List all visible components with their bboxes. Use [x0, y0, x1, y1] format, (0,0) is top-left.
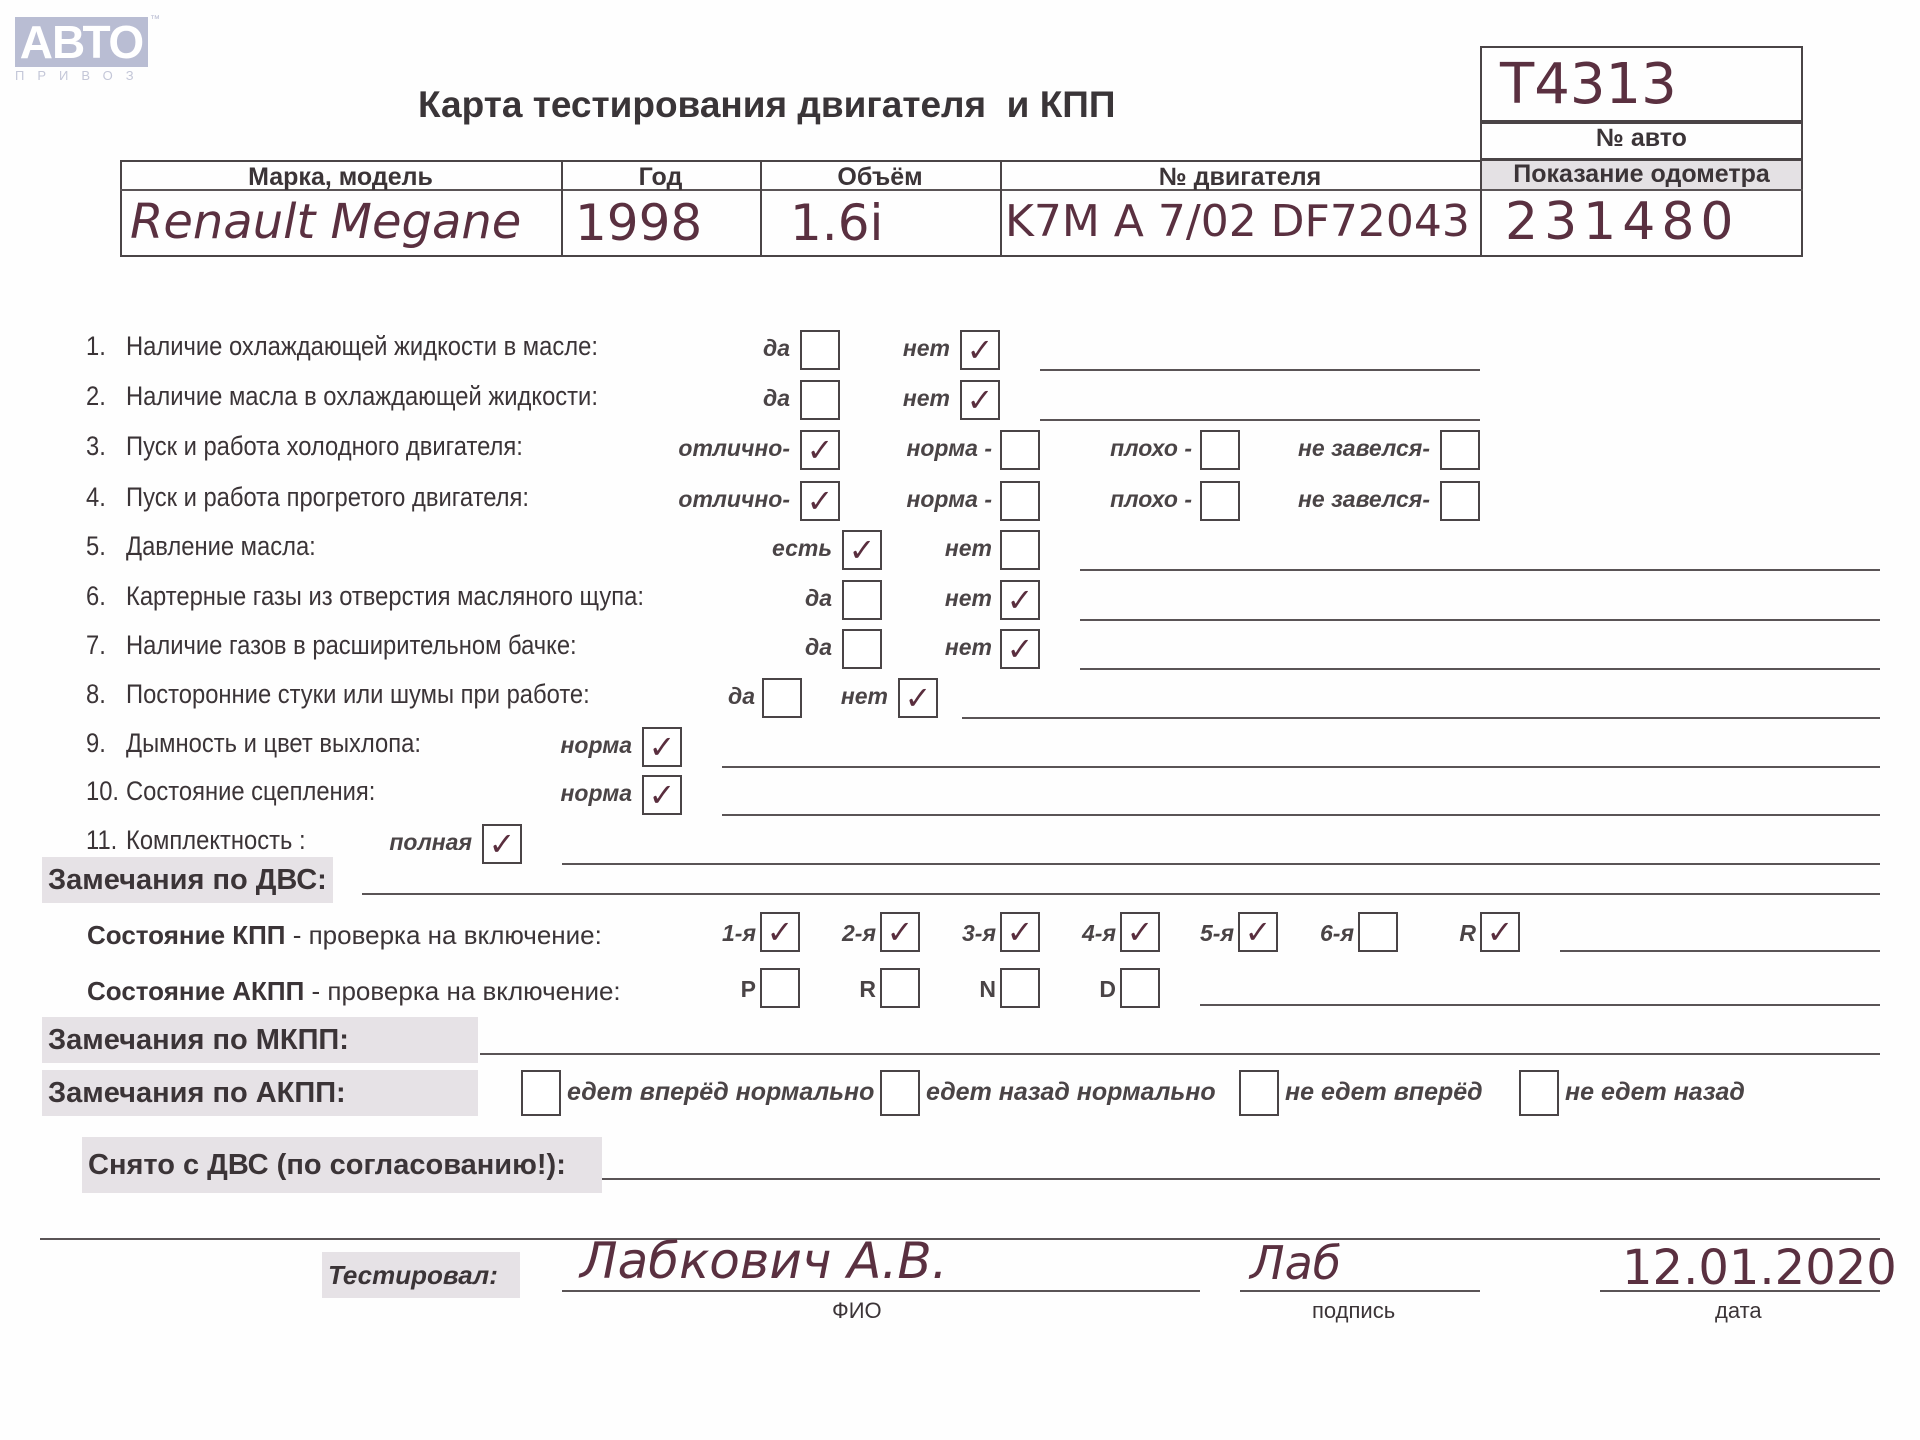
auto-gear-box[interactable]	[1120, 968, 1160, 1008]
auto-gearbox-label-bold: Состояние АКПП	[87, 976, 304, 1006]
check-item-number: 4.	[86, 482, 106, 513]
logo-subtitle: ПРИВОЗ	[15, 68, 150, 83]
header-year: Год	[561, 163, 760, 192]
check-option-label: норма -	[906, 435, 992, 462]
check-item-number: 7.	[86, 630, 106, 661]
check-mark-icon: ✓	[1127, 913, 1154, 951]
remarks-engine-label: Замечания по ДВС:	[42, 857, 333, 903]
auto-remark-box[interactable]	[521, 1070, 561, 1116]
remarks-auto-label: Замечания по АКПП:	[42, 1070, 478, 1116]
check-item-label: Наличие масла в охлаждающей жидкости:	[126, 381, 598, 412]
check-item-number: 6.	[86, 581, 106, 612]
check-item-number: 10.	[86, 776, 119, 807]
check-option-box[interactable]	[762, 678, 802, 718]
test-date[interactable]: 12.01.2020	[1622, 1240, 1897, 1296]
check-option-box[interactable]: ✓	[800, 481, 840, 521]
check-option-label: нет	[903, 335, 950, 362]
check-option-label: нет	[945, 585, 992, 612]
manual-gearbox-line[interactable]	[1560, 950, 1880, 952]
car-number-label: № авто	[1480, 124, 1803, 153]
check-option-label: не завелся-	[1298, 435, 1430, 462]
check-option-label: да	[728, 683, 755, 710]
manual-gear-box[interactable]: ✓	[1000, 912, 1040, 952]
remarks-manual-line[interactable]	[480, 1053, 1880, 1055]
date-caption: дата	[1715, 1298, 1762, 1324]
tested-by-label: Тестировал:	[322, 1252, 520, 1298]
auto-gear-label: D	[1099, 976, 1116, 1003]
auto-remark-label: не едет назад	[1565, 1078, 1745, 1107]
check-option-label: есть	[772, 535, 832, 562]
manual-gear-box[interactable]: ✓	[1238, 912, 1278, 952]
removed-line[interactable]	[602, 1178, 1880, 1180]
manual-gear-label: 1-я	[722, 920, 756, 947]
signature-caption: подпись	[1312, 1298, 1395, 1324]
manual-gearbox-label-bold: Состояние КПП	[87, 920, 286, 950]
odometer-value[interactable]: 231480	[1505, 192, 1740, 252]
check-item-label: Пуск и работа прогретого двигателя:	[126, 482, 529, 513]
removed-label: Снято с ДВС (по согласованию!):	[82, 1137, 602, 1193]
check-option-box[interactable]: ✓	[960, 330, 1000, 370]
check-option-label: норма	[561, 780, 633, 807]
check-mark-icon: ✓	[967, 331, 994, 369]
check-item-label: Состояние сцепления:	[126, 776, 375, 807]
check-mark-icon: ✓	[767, 913, 794, 951]
auto-remark-box[interactable]	[1519, 1070, 1559, 1116]
signature-line	[1240, 1290, 1480, 1292]
manual-gear-label: 5-я	[1200, 920, 1234, 947]
manual-gear-label: 4-я	[1082, 920, 1116, 947]
check-mark-icon: ✓	[1007, 581, 1034, 619]
check-option-label: отлично-	[678, 435, 790, 462]
manual-gear-label: R	[1459, 920, 1476, 947]
check-option-box[interactable]: ✓	[642, 727, 682, 767]
auto-remark-label: едет вперёд нормально	[567, 1078, 874, 1107]
check-item-number: 2.	[86, 381, 106, 412]
check-option-label: да	[763, 385, 790, 412]
manual-gearbox-label: Состояние КПП - проверка на включение:	[87, 920, 602, 951]
header-odometer: Показание одометра	[1480, 160, 1803, 189]
auto-remark-label: едет назад нормально	[926, 1078, 1216, 1107]
check-notes-line[interactable]	[562, 863, 1880, 865]
year-value[interactable]: 1998	[575, 194, 702, 252]
check-item-number: 8.	[86, 679, 106, 710]
auto-gear-label: P	[741, 976, 756, 1003]
manual-gear-label: 3-я	[962, 920, 996, 947]
logo: АВТО	[15, 17, 148, 67]
check-option-box[interactable]: ✓	[642, 775, 682, 815]
manual-gear-box[interactable]: ✓	[760, 912, 800, 952]
check-notes-line[interactable]	[962, 717, 1880, 719]
logo-trademark: ™	[150, 14, 160, 25]
check-notes-line[interactable]	[1080, 668, 1880, 670]
check-mark-icon: ✓	[649, 776, 676, 814]
check-option-label: да	[805, 634, 832, 661]
manual-gearbox-label-rest: - проверка на включение:	[286, 920, 602, 950]
check-mark-icon: ✓	[1245, 913, 1272, 951]
check-option-label: да	[763, 335, 790, 362]
auto-remark-box[interactable]	[880, 1070, 920, 1116]
auto-gear-box[interactable]	[1000, 968, 1040, 1008]
car-number-value[interactable]: Т4313	[1500, 52, 1677, 117]
check-mark-icon: ✓	[807, 482, 834, 520]
check-option-box[interactable]	[800, 380, 840, 420]
remarks-manual-label: Замечания по МКПП:	[42, 1017, 478, 1063]
check-option-label: норма -	[906, 486, 992, 513]
check-mark-icon: ✓	[1487, 913, 1514, 951]
check-option-label: плохо -	[1110, 435, 1192, 462]
tester-name-caption: ФИО	[832, 1298, 882, 1324]
check-notes-line[interactable]	[722, 766, 1880, 768]
check-item-label: Картерные газы из отверстия масляного щу…	[126, 581, 644, 612]
check-option-box[interactable]: ✓	[842, 530, 882, 570]
auto-remark-box[interactable]	[1239, 1070, 1279, 1116]
auto-gearbox-label-rest: - проверка на включение:	[304, 976, 620, 1006]
check-mark-icon: ✓	[489, 825, 516, 863]
check-option-label: отлично-	[678, 486, 790, 513]
auto-gearbox-line[interactable]	[1200, 1004, 1880, 1006]
check-option-label: нет	[945, 634, 992, 661]
check-item-label: Комплектность :	[126, 825, 306, 856]
check-option-label: плохо -	[1110, 486, 1192, 513]
tester-signature[interactable]: Лаб	[1250, 1236, 1341, 1290]
check-item-label: Наличие газов в расширительном бачке:	[126, 630, 577, 661]
check-mark-icon: ✓	[849, 531, 876, 569]
check-item-label: Пуск и работа холодного двигателя:	[126, 431, 523, 462]
check-option-label: норма	[561, 732, 633, 759]
check-option-box[interactable]	[842, 580, 882, 620]
auto-gearbox-label: Состояние АКПП - проверка на включение:	[87, 976, 621, 1007]
check-option-box[interactable]: ✓	[800, 430, 840, 470]
check-option-box[interactable]: ✓	[898, 678, 938, 718]
check-option-box[interactable]	[1440, 430, 1480, 470]
header-engine-number: № двигателя	[1000, 163, 1480, 192]
check-mark-icon: ✓	[967, 381, 994, 419]
check-mark-icon: ✓	[887, 913, 914, 951]
auto-gear-box[interactable]	[880, 968, 920, 1008]
check-mark-icon: ✓	[1007, 913, 1034, 951]
make-model-value[interactable]: Renault Megane	[130, 194, 521, 250]
manual-gear-box[interactable]: ✓	[1480, 912, 1520, 952]
check-option-box[interactable]	[1000, 481, 1040, 521]
check-item-number: 9.	[86, 728, 106, 759]
check-option-label: да	[805, 585, 832, 612]
check-option-label: полная	[389, 829, 472, 856]
check-option-box[interactable]	[1200, 430, 1240, 470]
manual-gear-box[interactable]: ✓	[880, 912, 920, 952]
check-option-box[interactable]	[1200, 481, 1240, 521]
check-mark-icon: ✓	[905, 679, 932, 717]
tester-name[interactable]: Лабкович А.В.	[580, 1232, 948, 1290]
check-item-number: 5.	[86, 531, 106, 562]
check-option-box[interactable]	[1000, 530, 1040, 570]
tester-name-line	[562, 1290, 1200, 1292]
check-item-label: Дымность и цвет выхлопа:	[126, 728, 421, 759]
check-mark-icon: ✓	[1007, 630, 1034, 668]
check-option-box[interactable]: ✓	[960, 380, 1000, 420]
check-option-box[interactable]	[1000, 430, 1040, 470]
check-option-label: нет	[903, 385, 950, 412]
manual-gear-box[interactable]: ✓	[1120, 912, 1160, 952]
header-make-model: Марка, модель	[120, 163, 561, 192]
check-option-box[interactable]: ✓	[1000, 580, 1040, 620]
check-option-box[interactable]: ✓	[482, 824, 522, 864]
check-option-label: нет	[841, 683, 888, 710]
volume-value[interactable]: 1.6i	[790, 194, 883, 252]
check-option-box[interactable]	[1440, 481, 1480, 521]
date-line	[1600, 1290, 1880, 1292]
check-option-box[interactable]	[800, 330, 840, 370]
check-mark-icon: ✓	[807, 431, 834, 469]
check-notes-line[interactable]	[1080, 569, 1880, 571]
check-item-label: Наличие охлаждающей жидкости в масле:	[126, 331, 598, 362]
check-notes-line[interactable]	[1040, 419, 1480, 421]
auto-remark-label: не едет вперёд	[1285, 1078, 1483, 1107]
check-option-label: не завелся-	[1298, 486, 1430, 513]
remarks-engine-line[interactable]	[362, 893, 1880, 895]
page-title: Карта тестирования двигателя и КПП	[418, 84, 1115, 126]
check-item-label: Давление масла:	[126, 531, 316, 562]
manual-gear-label: 6-я	[1320, 920, 1354, 947]
check-option-box[interactable]: ✓	[1000, 629, 1040, 669]
manual-gear-box[interactable]	[1358, 912, 1398, 952]
engine-number-value[interactable]: K7M A 7/02 DF72043	[1005, 196, 1470, 247]
check-notes-line[interactable]	[1080, 619, 1880, 621]
manual-gear-label: 2-я	[842, 920, 876, 947]
separator-line	[40, 1238, 1880, 1240]
check-option-label: нет	[945, 535, 992, 562]
header-volume: Объём	[760, 163, 1000, 192]
check-mark-icon: ✓	[649, 728, 676, 766]
auto-gear-label: R	[859, 976, 876, 1003]
check-notes-line[interactable]	[722, 814, 1880, 816]
check-item-label: Посторонние стуки или шумы при работе:	[126, 679, 590, 710]
check-option-box[interactable]	[842, 629, 882, 669]
check-item-number: 3.	[86, 431, 106, 462]
check-notes-line[interactable]	[1040, 369, 1480, 371]
auto-gear-box[interactable]	[760, 968, 800, 1008]
check-item-number: 1.	[86, 331, 106, 362]
check-item-number: 11.	[86, 825, 117, 856]
auto-gear-label: N	[979, 976, 996, 1003]
